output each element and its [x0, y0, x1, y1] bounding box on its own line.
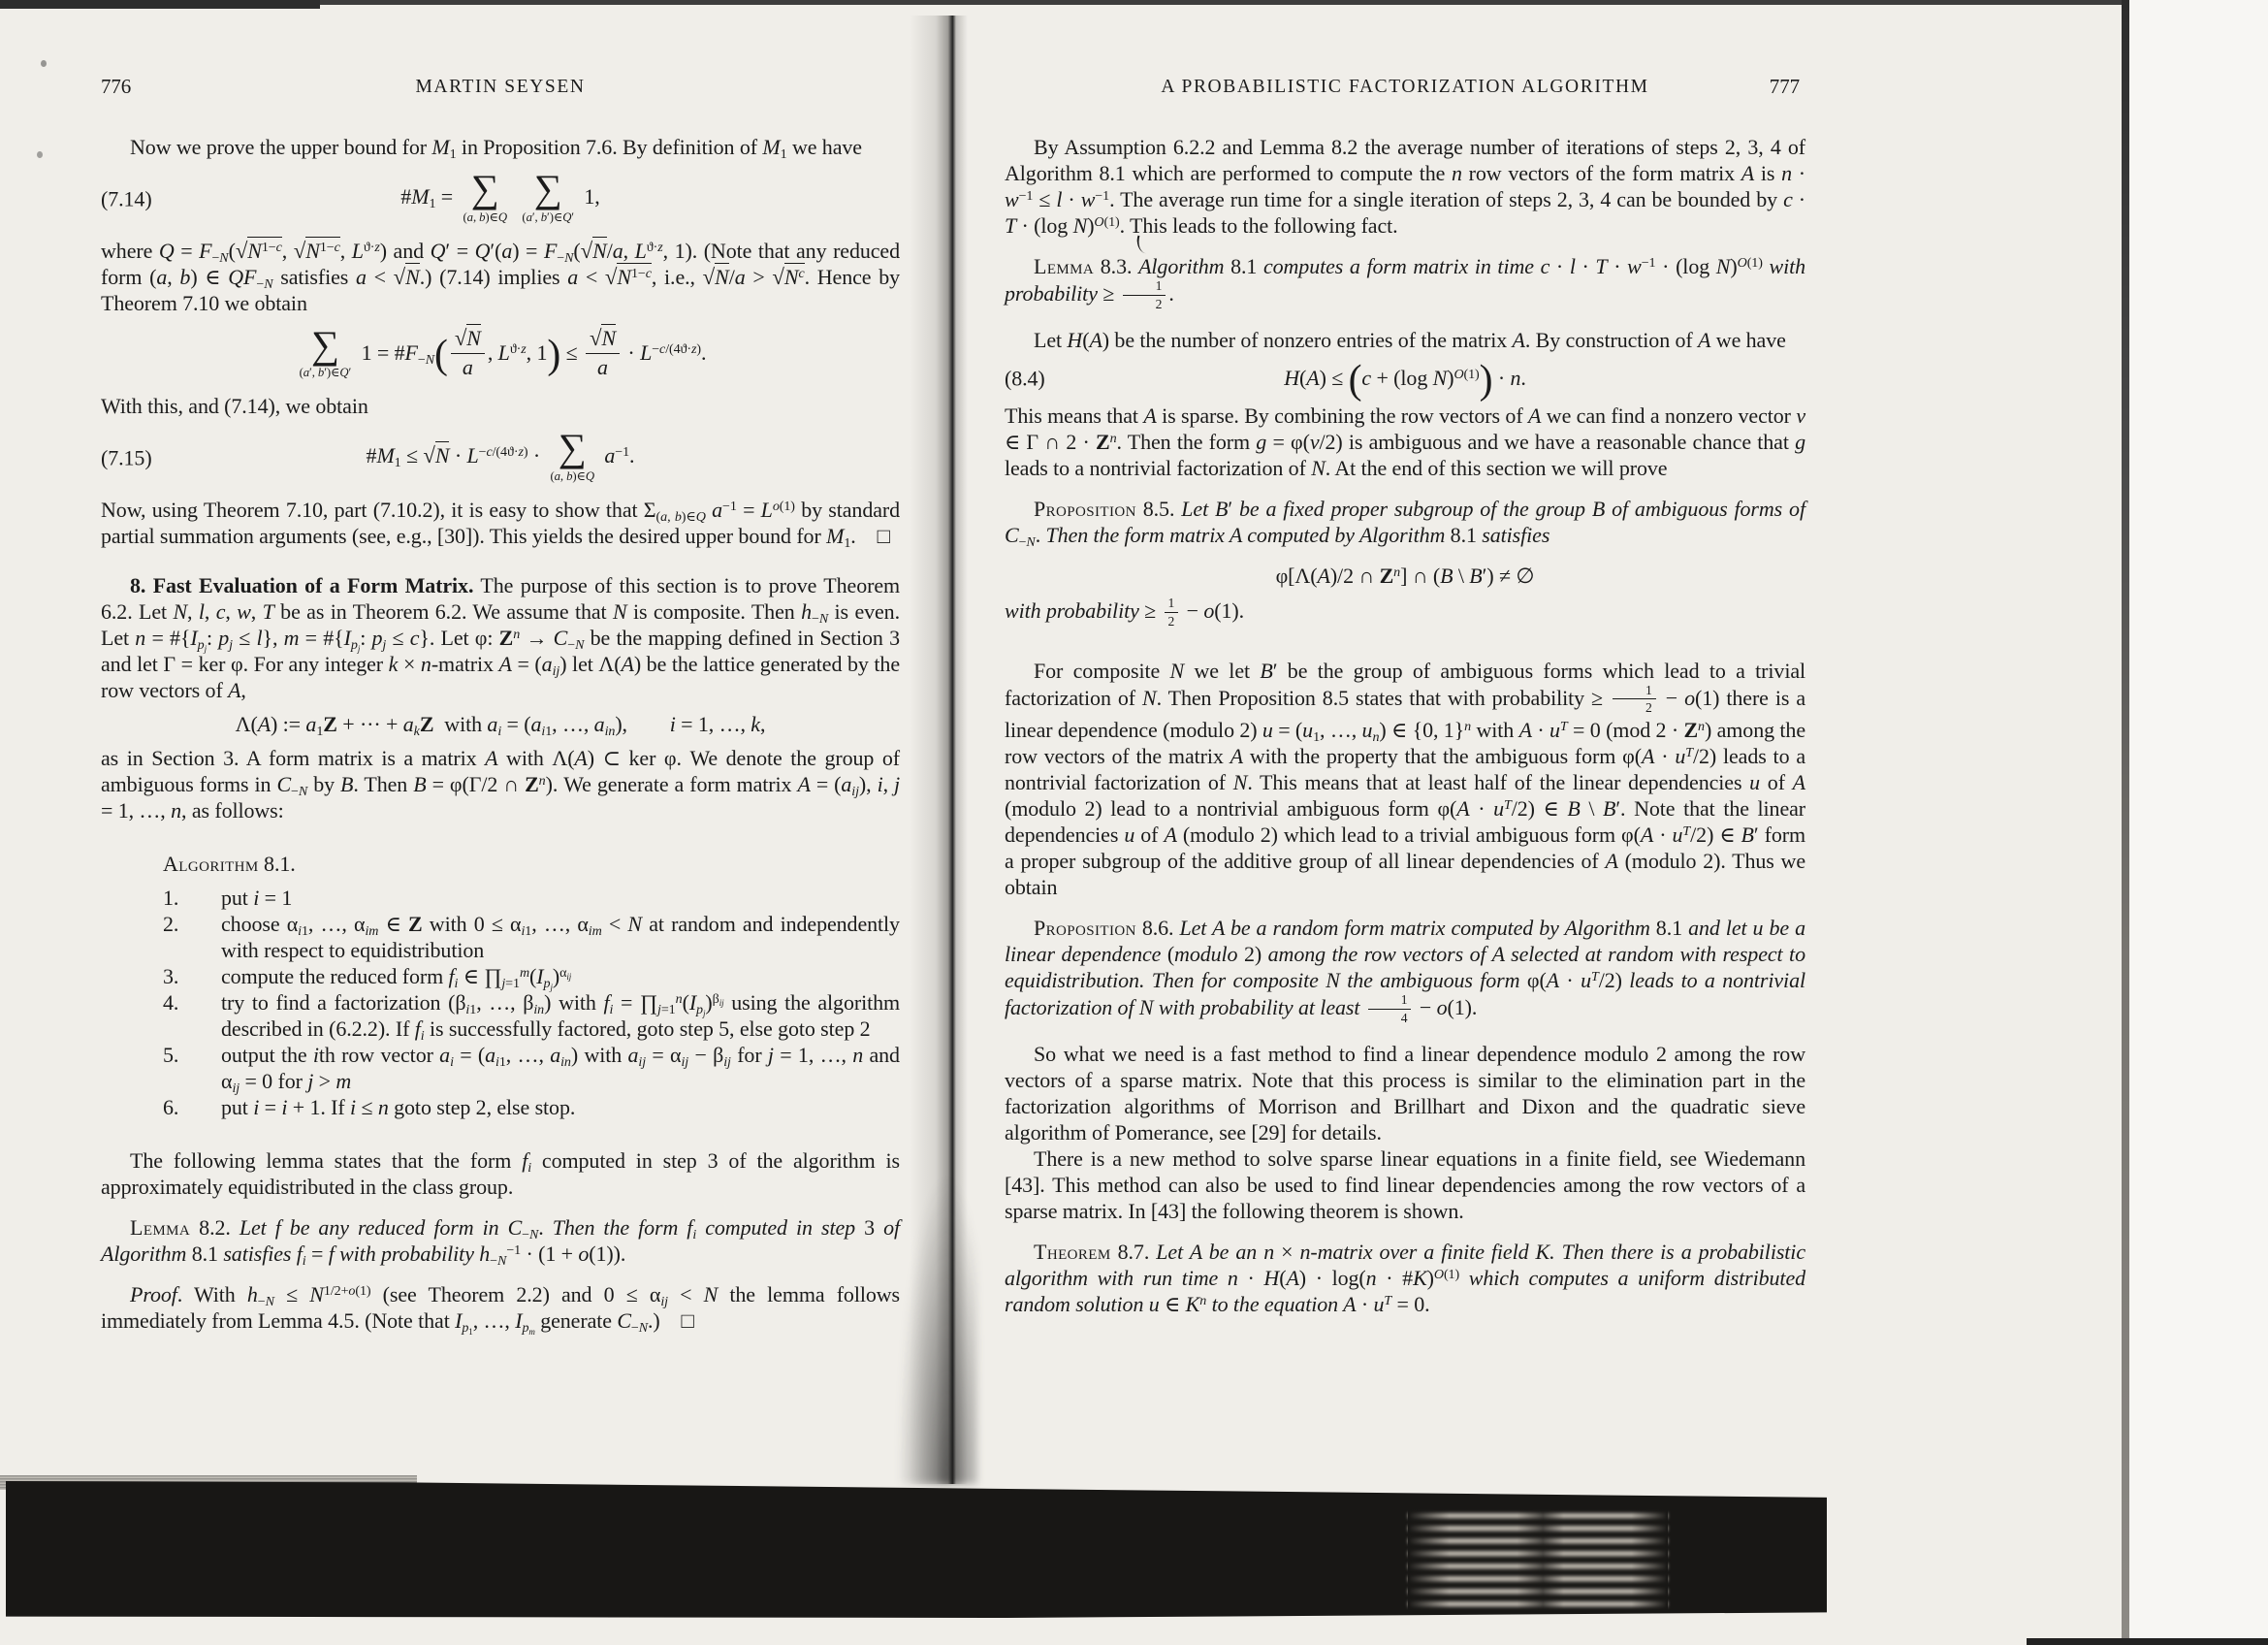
paragraph: with probability ≥ 12 − o(1). — [1005, 597, 1805, 629]
page-number: 777 — [1770, 74, 1800, 100]
lemma-8-2: Lemma 8.2. Let f be any reduced form in … — [101, 1214, 900, 1267]
binding-glare-mask — [1408, 1507, 1668, 1610]
step-text: try to find a factorization (βi1, …, βin… — [221, 989, 900, 1042]
paragraph: where Q = F−N(√N1−c, √N1−c, Lϑ·z) and Q′… — [101, 238, 900, 316]
running-head: A PROBABILISTIC FACTORIZATION ALGORITHM — [1161, 74, 1648, 100]
step-number: 5. — [163, 1042, 221, 1094]
step-number: 3. — [163, 963, 221, 989]
algorithm-step: 3. compute the reduced form fi ∈ ∏j=1m(I… — [163, 963, 900, 989]
paragraph: Let H(A) be the number of nonzero entrie… — [1005, 327, 1805, 353]
theorem-8-7: Theorem 8.7. Let A be an n × n-matrix ov… — [1005, 1239, 1805, 1317]
equation-7-14: (7.14) #M1 = ∑(a, b)∈Q ∑(a′, b′)∈Q′ 1, — [101, 172, 900, 226]
equation-prop-8-5: φ[Λ(A)/2 ∩ Zn] ∩ (B \ B′) ≠ ∅ — [1005, 563, 1805, 589]
paragraph: So what we need is a fast method to find… — [1005, 1041, 1805, 1145]
paragraph: Now we prove the upper bound for M1 in P… — [101, 134, 900, 160]
step-text: put i = i + 1. If i ≤ n goto step 2, els… — [221, 1094, 900, 1120]
proof-8-2: Proof. With h−N ≤ N1/2+o(1) (see Theorem… — [101, 1281, 900, 1334]
step-text: output the ith row vector ai = (ai1, …, … — [221, 1042, 900, 1094]
equation-tag: (7.14) — [101, 185, 152, 211]
step-number: 6. — [163, 1094, 221, 1120]
equation-7-15: (7.15) #M1 ≤ √N · L−c/(4ϑ·z) · ∑(a, b)∈Q… — [101, 431, 900, 485]
equation-tag: (8.4) — [1005, 365, 1045, 391]
step-text: compute the reduced form fi ∈ ∏j=1m(Ipj)… — [221, 963, 900, 989]
paragraph: There is a new method to solve sparse li… — [1005, 1145, 1805, 1224]
equation-body: H(A) ≤ (c + (log N)O(1)) · n. — [1284, 365, 1526, 391]
running-head: MARTIN SEYSEN — [415, 74, 585, 100]
algorithm-heading: Algorithm 8.1. — [163, 851, 900, 877]
step-text: choose αi1, …, αim ∈ Z with 0 ≤ αi1, …, … — [221, 911, 900, 963]
page-gutter-shadow-flare — [896, 1164, 977, 1484]
equation-8-4: (8.4) H(A) ≤ (c + (log N)O(1)) · n. — [1005, 365, 1805, 391]
proposition-8-5: Proposition 8.5. Let B′ be a fixed prope… — [1005, 496, 1805, 548]
step-number: 1. — [163, 885, 221, 911]
page-header-left: 776 MARTIN SEYSEN — [101, 74, 900, 103]
page-left: 776 MARTIN SEYSEN Now we prove the upper… — [101, 74, 900, 1348]
equation-body: Λ(A) := a1Z + ··· + akZ with ai = (ai1, … — [236, 711, 766, 737]
section-8-heading-paragraph: 8. Fast Evaluation of a Form Matrix. The… — [101, 572, 900, 703]
paragraph: This means that A is sparse. By combinin… — [1005, 403, 1805, 481]
proposition-8-6: Proposition 8.6. Let A be a random form … — [1005, 915, 1805, 1026]
lemma-8-3: Lemma 8.3. Algorithm 8.1 computes a form… — [1005, 253, 1805, 312]
equation-body: #M1 = ∑(a, b)∈Q ∑(a′, b′)∈Q′ 1, — [400, 172, 599, 226]
algorithm-step: 6. put i = i + 1. If i ≤ n goto step 2, … — [163, 1094, 900, 1120]
step-number: 4. — [163, 989, 221, 1042]
page-right: A PROBABILISTIC FACTORIZATION ALGORITHM … — [1005, 74, 1805, 1332]
paragraph: Now, using Theorem 7.10, part (7.10.2), … — [101, 497, 900, 549]
equation-body: φ[Λ(A)/2 ∩ Zn] ∩ (B \ B′) ≠ ∅ — [1276, 563, 1535, 589]
equation-unnumbered: ∑(a′, b′)∈Q′ 1 = #F−N(√Na, Lϑ·z, 1) ≤ √N… — [101, 328, 900, 382]
page-number: 776 — [101, 74, 131, 100]
scan-bottom-right-edge — [2027, 1638, 2268, 1645]
scan-top-edge-dark — [0, 0, 320, 9]
paragraph: By Assumption 6.2.2 and Lemma 8.2 the av… — [1005, 134, 1805, 239]
paragraph: The following lemma states that the form… — [101, 1147, 900, 1200]
algorithm-step: 4. try to find a factorization (βi1, …, … — [163, 989, 900, 1042]
paragraph: as in Section 3. A form matrix is a matr… — [101, 745, 900, 823]
equation-lattice: Λ(A) := a1Z + ··· + akZ with ai = (ai1, … — [101, 711, 900, 737]
paragraph: For composite N we let B′ be the group o… — [1005, 658, 1805, 900]
page-header-right: A PROBABILISTIC FACTORIZATION ALGORITHM … — [1005, 74, 1805, 103]
step-text: put i = 1 — [221, 885, 900, 911]
scan-speck — [41, 60, 47, 67]
equation-body: ∑(a′, b′)∈Q′ 1 = #F−N(√Na, Lϑ·z, 1) ≤ √N… — [295, 328, 707, 382]
paragraph: With this, and (7.14), we obtain — [101, 393, 900, 419]
page-edge-line — [2122, 0, 2129, 1645]
equation-body: #M1 ≤ √N · L−c/(4ϑ·z) · ∑(a, b)∈Q a−1. — [367, 431, 635, 485]
algorithm-step: 2. choose αi1, …, αim ∈ Z with 0 ≤ αi1, … — [163, 911, 900, 963]
algorithm-step: 5. output the ith row vector ai = (ai1, … — [163, 1042, 900, 1094]
equation-tag: (7.15) — [101, 445, 152, 471]
scanned-journal-spread: 776 MARTIN SEYSEN Now we prove the upper… — [0, 0, 2268, 1645]
step-number: 2. — [163, 911, 221, 963]
scan-speck — [37, 151, 43, 158]
algorithm-list: 1. put i = 1 2. choose αi1, …, αim ∈ Z w… — [163, 885, 900, 1120]
algorithm-step: 1. put i = 1 — [163, 885, 900, 911]
scan-right-margin — [2129, 0, 2268, 1645]
